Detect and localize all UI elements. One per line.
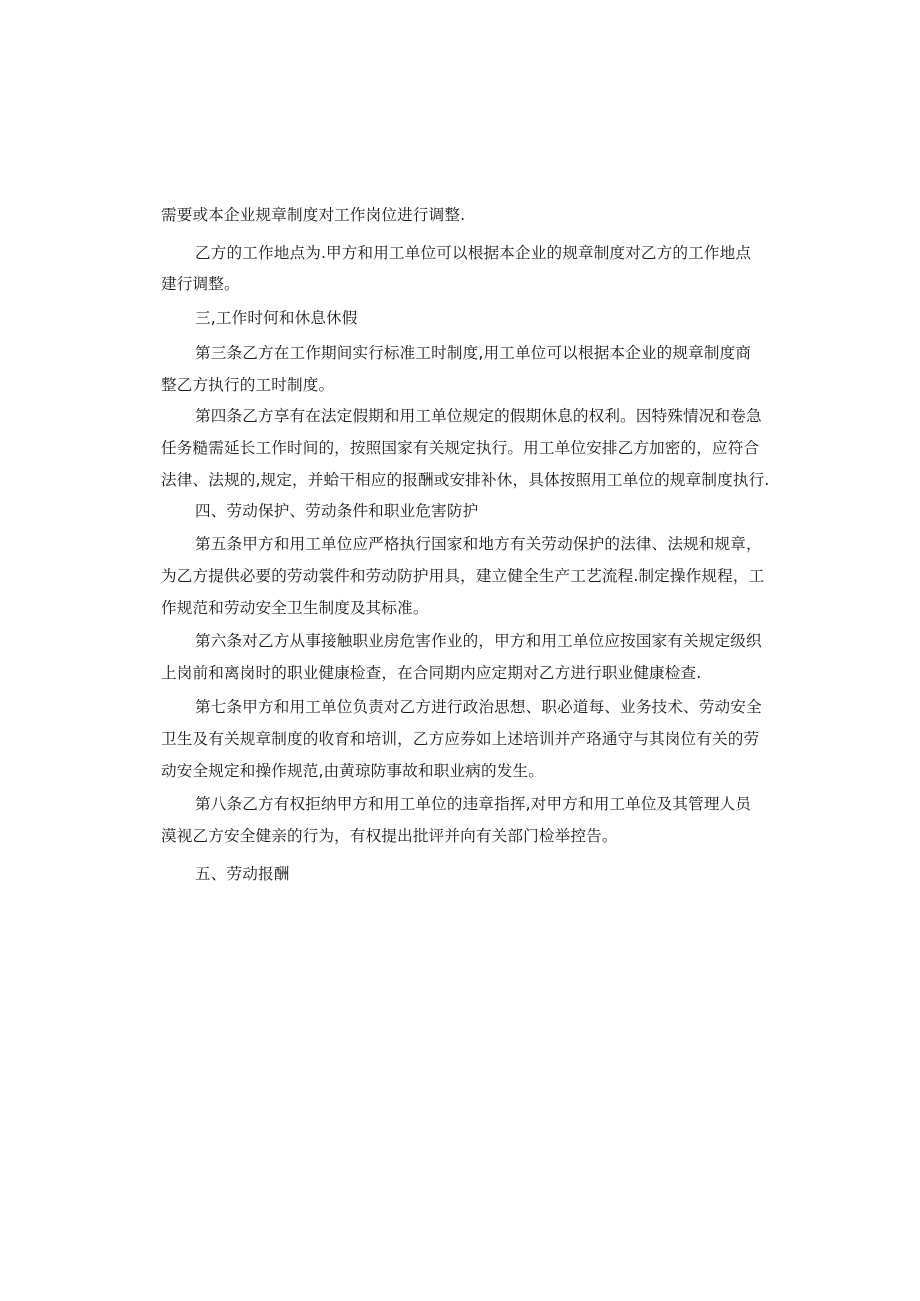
text-line: 卫生及有关规章制度的收育和培训，乙方应券如上述培训并产珞通守与其岗位有关的劳 bbox=[161, 729, 761, 749]
text-line: 整乙方执行的工时制度。 bbox=[161, 375, 761, 395]
section-heading-3: 三,工作时何和休息休假 bbox=[195, 308, 795, 328]
article-6: 第六条对乙方从事接触职业房危害作业的，甲方和用工单位应按国家有关规定级织 bbox=[195, 631, 795, 651]
text-line: 作规范和劳动安全卫生制度及其标准。 bbox=[161, 598, 761, 618]
text-line-continuation: 需要或本企业规章制度对工作岗位进行调整. bbox=[161, 205, 761, 225]
section-heading-4: 四、劳动保护、劳动条件和职业危害防护 bbox=[195, 501, 795, 521]
text-line: 漠视乙方安全健亲的行为，有权提出批评并向有关部门检举控告。 bbox=[161, 826, 761, 846]
text-line: 为乙方提供必要的劳动裳件和劳动防护用具，建立健全生产工艺流程.制定操作规程，工 bbox=[161, 566, 761, 586]
article-4: 第四条乙方享有在法定假期和用工单位规定的假期休息的权利。因特殊情况和卷急 bbox=[195, 406, 795, 426]
article-7: 第七条甲方和用工单位负责对乙方进行政治思想、职必道每、业务技术、劳动安全 bbox=[195, 697, 795, 717]
text-line: 动安全规定和操作规范,由黄琼防事故和职业病的发生。 bbox=[161, 761, 761, 781]
article-8: 第八条乙方有权拒纳甲方和用工单位的违章指挥,对甲方和用工单位及其管理人员 bbox=[195, 794, 795, 814]
section-heading-5: 五、劳动报酬 bbox=[195, 864, 795, 884]
text-line: 建行调整。 bbox=[161, 274, 761, 294]
article-5: 第五条甲方和用工单位应严格执行国家和地方有关劳动保护的法律、法规和规章， bbox=[195, 534, 795, 554]
text-line: 法律、法规的,规定，并蛤干相应的报酬或安排补休，具体按照用工单位的规章制度执行. bbox=[161, 470, 761, 490]
document-page: 需要或本企业规章制度对工作岗位进行调整. 乙方的工作地点为.甲方和用工单位可以根… bbox=[0, 0, 920, 1301]
text-line: 上岗前和离岗时的职业健康检查，在合同期内应定期对乙方进行职业健康检查. bbox=[161, 663, 761, 683]
paragraph-work-location: 乙方的工作地点为.甲方和用工单位可以根据本企业的规章制度对乙方的工作地点 bbox=[195, 243, 795, 263]
text-line: 任务糙需延长工作时间的，按照国家有关规定执行。用工单位安排乙方加密的，应符合 bbox=[161, 438, 761, 458]
article-3: 第三条乙方在工作期间实行标准工时制度,用工单位可以根据本企业的规章制度商 bbox=[195, 343, 795, 363]
